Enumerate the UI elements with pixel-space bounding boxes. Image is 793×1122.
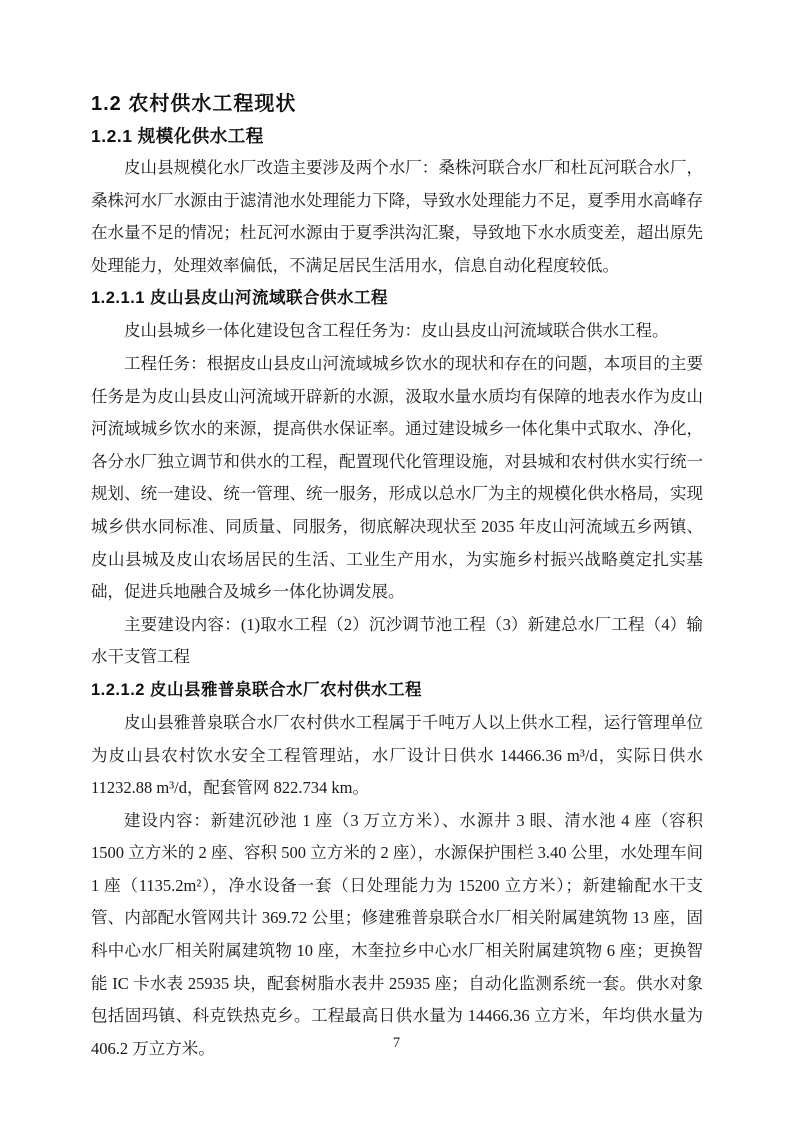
document-body: 1.2 农村供水工程现状 1.2.1 规模化供水工程 皮山县规模化水厂改造主要涉… bbox=[91, 88, 703, 1065]
section-1-2-1-1-paragraph-1: 皮山县城乡一体化建设包含工程任务为：皮山县皮山河流域联合供水工程。 bbox=[91, 315, 703, 348]
section-1-2-1-1-heading: 1.2.1.1 皮山县皮山河流域联合供水工程 bbox=[91, 282, 703, 315]
section-1-2-1-paragraph-1: 皮山县规模化水厂改造主要涉及两个水厂：桑株河联合水厂和杜瓦河联合水厂，桑株河水厂… bbox=[91, 152, 703, 282]
section-1-2-1-1-paragraph-2: 工程任务：根据皮山县皮山河流域城乡饮水的现状和存在的问题，本项目的主要任务是为皮… bbox=[91, 348, 703, 609]
section-1-2-heading: 1.2 农村供水工程现状 bbox=[91, 88, 703, 120]
page-number: 7 bbox=[393, 1035, 400, 1051]
section-1-2-1-2-heading: 1.2.1.2 皮山县雅普泉联合水厂农村供水工程 bbox=[91, 674, 703, 707]
section-1-2-1-2-paragraph-1: 皮山县雅普泉联合水厂农村供水工程属于千吨万人以上供水工程，运行管理单位为皮山县农… bbox=[91, 707, 703, 805]
section-1-2-1-heading: 1.2.1 规模化供水工程 bbox=[91, 120, 703, 152]
page-footer: 7 bbox=[0, 1034, 793, 1052]
section-1-2-1-2-paragraph-2: 建设内容：新建沉砂池 1 座（3 万立方米）、水源井 3 眼、清水池 4 座（容… bbox=[91, 805, 703, 1066]
section-1-2-1-1-paragraph-3: 主要建设内容：(1)取水工程（2）沉沙调节池工程（3）新建总水厂工程（4）输水干… bbox=[91, 609, 703, 674]
document-page: 1.2 农村供水工程现状 1.2.1 规模化供水工程 皮山县规模化水厂改造主要涉… bbox=[0, 0, 793, 1122]
